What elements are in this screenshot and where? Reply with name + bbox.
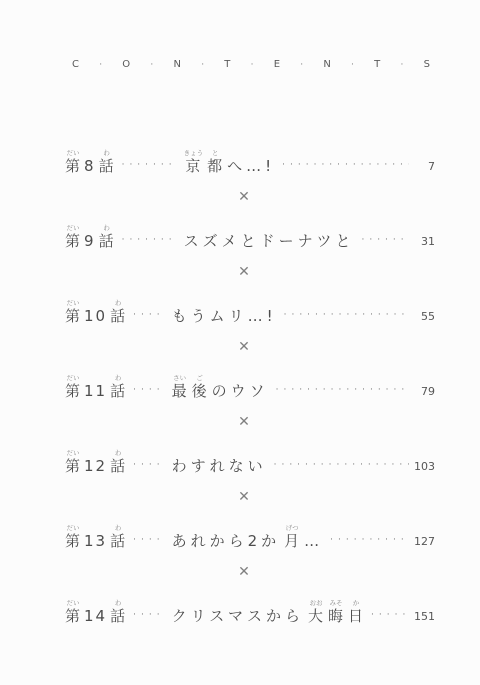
- page-number: 31: [413, 235, 435, 249]
- chapter-number: 9: [84, 233, 96, 250]
- leader-dots: ····························: [274, 461, 409, 474]
- chapter-label: だい第 9 わ話: [65, 225, 115, 250]
- title-letter: O: [122, 60, 130, 70]
- chapter-number: 10: [84, 308, 107, 325]
- toc-entry-ch12[interactable]: だい第 12 わ話 ···· わすれない ···················…: [65, 440, 435, 474]
- leader-dots: ····························: [284, 311, 409, 324]
- chapter-suffix: 話: [110, 383, 126, 400]
- entry-separator-icon: ✕: [4, 565, 480, 579]
- title-segment: …: [304, 533, 323, 550]
- chapter-number: 11: [84, 383, 107, 400]
- chapter-number: 8: [84, 158, 96, 175]
- leader-dots: ····························: [276, 386, 409, 399]
- title-dot: ·: [351, 61, 354, 70]
- chapter-number: 13: [84, 533, 107, 550]
- chapter-suffix: 話: [99, 233, 115, 250]
- toc-entry-ch14[interactable]: だい第 14 わ話 ···· クリスマスから おお大 みそ晦 か日 ······…: [65, 590, 435, 624]
- chapter-title: わすれない: [172, 458, 267, 475]
- chapter-title: もうムリ…!: [172, 308, 277, 325]
- title-segment: 最: [172, 383, 188, 400]
- entry-separator-icon: ✕: [4, 340, 480, 354]
- title-segment: スズメとドーナツと: [184, 233, 355, 250]
- title-segment: わすれない: [172, 458, 267, 475]
- chapter-label: だい第 11 わ話: [65, 375, 126, 400]
- chapter-prefix: 第: [65, 233, 81, 250]
- chapter-number: 12: [84, 458, 107, 475]
- page-number: 103: [413, 460, 435, 474]
- chapter-suffix: 話: [110, 608, 126, 625]
- chapter-prefix: 第: [65, 458, 81, 475]
- chapter-label: だい第 13 わ話: [65, 525, 126, 550]
- chapter-prefix: 第: [65, 308, 81, 325]
- title-letter: S: [424, 60, 430, 70]
- chapter-label: だい第 10 わ話: [65, 300, 126, 325]
- chapter-title: クリスマスから おお大 みそ晦 か日: [172, 600, 364, 625]
- chapter-suffix: 話: [110, 533, 126, 550]
- chapter-prefix: 第: [65, 158, 81, 175]
- title-segment: へ…!: [227, 158, 275, 175]
- title-dot: ·: [251, 61, 254, 70]
- contents-page: C · O · N · T · E · N · T · S だい第 8 わ話 ·…: [0, 0, 480, 685]
- title-dot: ·: [300, 61, 303, 70]
- title-segment: 日: [348, 608, 364, 625]
- page-number: 7: [413, 160, 435, 174]
- chapter-label: だい第 12 わ話: [65, 450, 126, 475]
- chapter-suffix: 話: [110, 308, 126, 325]
- title-letter: T: [224, 60, 230, 70]
- chapter-title: さい最 ご後 のウソ: [172, 375, 269, 400]
- leader-dots: ····: [133, 536, 164, 549]
- title-letter: T: [374, 60, 380, 70]
- page-number: 79: [413, 385, 435, 399]
- chapter-number: 14: [84, 608, 107, 625]
- title-segment: 後: [192, 383, 208, 400]
- title-segment: 晦: [328, 608, 344, 625]
- title-segment: のウソ: [212, 383, 269, 400]
- leader-dots: ····: [133, 461, 164, 474]
- leader-dots: ····························: [330, 536, 409, 549]
- entry-separator-icon: ✕: [4, 265, 480, 279]
- chapter-title: きょう京 と都 へ…!: [184, 150, 276, 175]
- entry-separator-icon: ✕: [4, 190, 480, 204]
- leader-dots: ····························: [361, 236, 409, 249]
- entry-separator-icon: ✕: [4, 415, 480, 429]
- leader-dots: ·······: [122, 236, 177, 249]
- chapter-label: だい第 14 わ話: [65, 600, 126, 625]
- toc-entry-ch11[interactable]: だい第 11 わ話 ···· さい最 ご後 のウソ ··············…: [65, 365, 435, 399]
- entry-separator-icon: ✕: [4, 490, 480, 504]
- title-dot: ·: [150, 61, 153, 70]
- title-letter: C: [72, 60, 79, 70]
- chapter-prefix: 第: [65, 608, 81, 625]
- chapter-suffix: 話: [99, 158, 115, 175]
- title-segment: 都: [207, 158, 223, 175]
- leader-dots: ····: [133, 311, 164, 324]
- title-letter: N: [323, 60, 330, 70]
- chapter-title: あれから2か げつ月 …: [172, 525, 324, 550]
- chapter-title: スズメとドーナツと: [184, 233, 355, 250]
- chapter-suffix: 話: [110, 458, 126, 475]
- leader-dots: ····: [133, 611, 164, 624]
- page-number: 127: [413, 535, 435, 549]
- leader-dots: ····: [133, 386, 164, 399]
- title-dot: ·: [400, 61, 403, 70]
- toc-entry-ch8[interactable]: だい第 8 わ話 ······· きょう京 と都 へ…! ···········…: [65, 140, 435, 174]
- title-segment: 月: [284, 533, 300, 550]
- toc-entry-ch10[interactable]: だい第 10 わ話 ···· もうムリ…! ··················…: [65, 290, 435, 324]
- chapter-prefix: 第: [65, 533, 81, 550]
- title-segment: もうムリ…!: [172, 308, 277, 325]
- toc-entry-ch13[interactable]: だい第 13 わ話 ···· あれから2か げつ月 … ············…: [65, 515, 435, 549]
- leader-dots: ····························: [282, 161, 409, 174]
- title-segment: クリスマスから: [172, 608, 304, 625]
- title-segment: 京: [185, 158, 201, 175]
- leader-dots: ····························: [371, 611, 409, 624]
- page-number: 151: [413, 610, 435, 624]
- title-letter: E: [274, 60, 280, 70]
- page-title: C · O · N · T · E · N · T · S: [72, 60, 430, 70]
- title-letter: N: [173, 60, 180, 70]
- title-segment: あれから2か: [172, 533, 281, 550]
- title-dot: ·: [99, 61, 102, 70]
- toc-entry-ch9[interactable]: だい第 9 わ話 ······· スズメとドーナツと ·············…: [65, 215, 435, 249]
- title-segment: 大: [308, 608, 324, 625]
- chapter-prefix: 第: [65, 383, 81, 400]
- page-number: 55: [413, 310, 435, 324]
- leader-dots: ·······: [122, 161, 177, 174]
- chapter-label: だい第 8 わ話: [65, 150, 115, 175]
- title-dot: ·: [201, 61, 204, 70]
